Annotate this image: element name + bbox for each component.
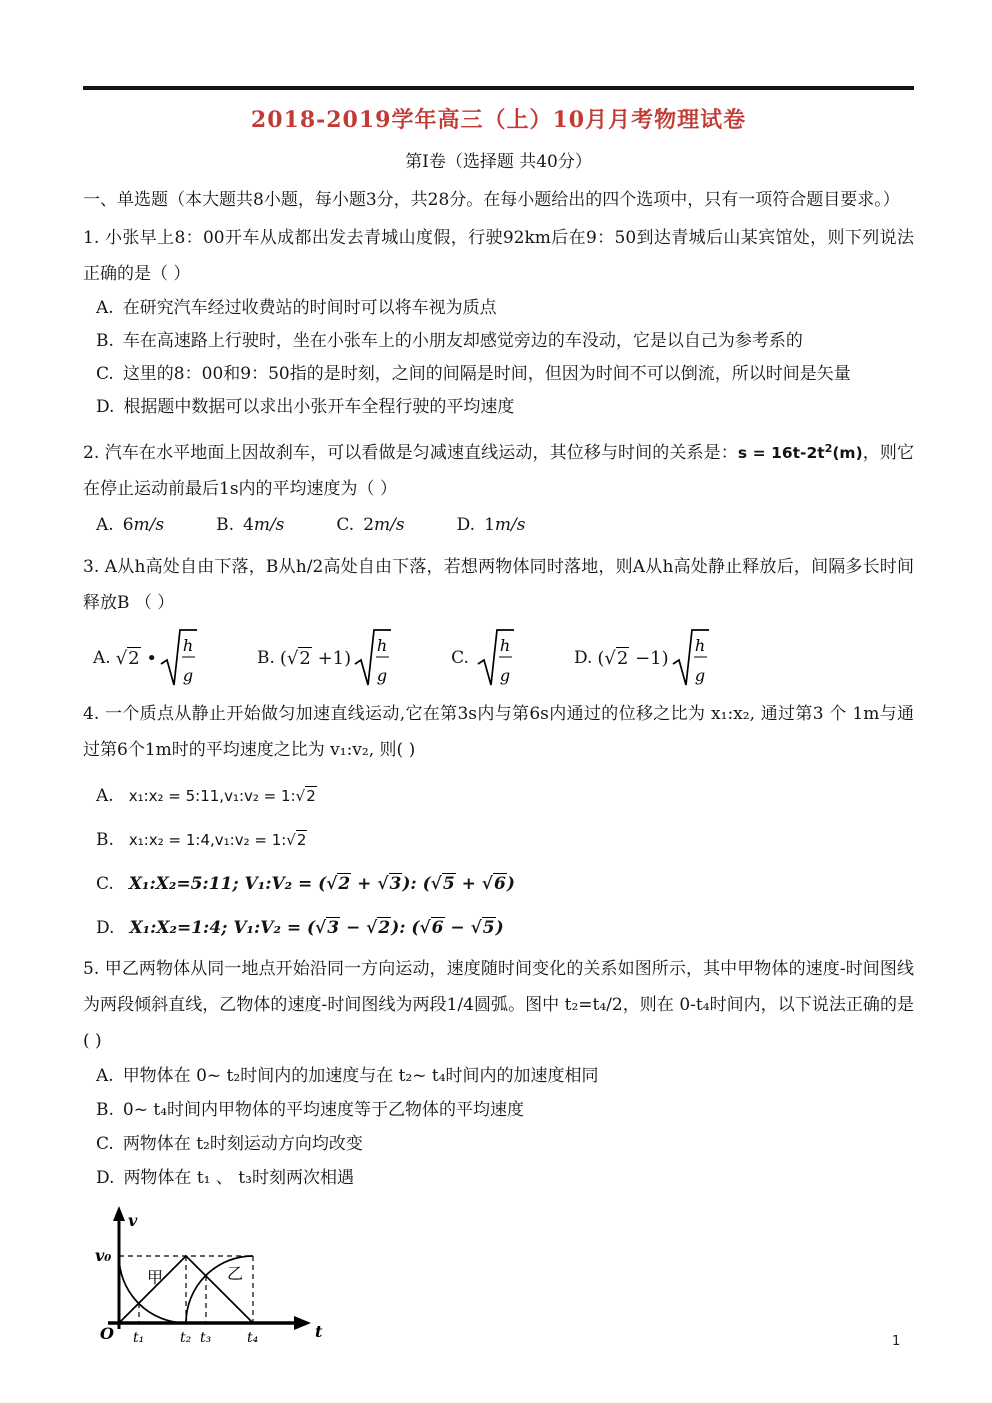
question-2-option-b: B.4m/s [216, 509, 284, 542]
question-4-option-d: D. X₁:X₂=1:4; V₁:V₂ = (3 − 2): (6 − 5) [96, 912, 914, 944]
graph-t3-tick: t₃ [200, 1330, 212, 1346]
svg-text:h: h [500, 636, 510, 655]
radical-h-over-g: hg [353, 627, 393, 689]
question-3-option-d: D. (2 −1) hg [574, 627, 711, 689]
question-5-figure: v v₀ O t₁ t₂ t₃ t₄ t 甲 乙 [91, 1205, 914, 1361]
sqrt-2: 2 [286, 830, 307, 849]
sqrt-2: 2 [287, 647, 312, 669]
graph-t4-tick: t₄ [247, 1330, 259, 1346]
exam-page: 2018-2019学年高三（上）10月月考物理试卷 第I卷（选择题 共40分） … [0, 0, 992, 1403]
question-3-option-c: C. hg [451, 627, 516, 689]
question-5-option-d: D.两物体在 t₁ 、 t₃时刻两次相遇 [96, 1161, 914, 1195]
question-5-option-b: B.0~ t₄时间内甲物体的平均速度等于乙物体的平均速度 [96, 1093, 914, 1127]
velocity-time-graph: v v₀ O t₁ t₂ t₃ t₄ t 甲 乙 [91, 1205, 331, 1357]
graph-yi-series-label: 乙 [227, 1264, 243, 1283]
question-1-option-a: A.在研究汽车经过收费站的时间时可以将车视为质点 [96, 292, 914, 325]
graph-t-label: t [315, 1322, 323, 1341]
option-text: 车在高速路上行驶时，坐在小张车上的小朋友却感觉旁边的车没动，它是以自己为参考系的 [123, 331, 803, 351]
svg-text:g: g [500, 666, 510, 685]
option-text: 这里的8：00和9：50指的是时刻，之间的间隔是时间，但因为时间不可以倒流，所以… [123, 364, 851, 384]
page-number: 1 [892, 1334, 900, 1349]
graph-v-label: v [128, 1211, 138, 1230]
radical-h-over-g: hg [159, 627, 199, 689]
graph-origin-label: O [100, 1324, 114, 1343]
x-axis-arrow [294, 1316, 311, 1330]
sqrt-2: 2 [116, 647, 141, 669]
question-1-options: A.在研究汽车经过收费站的时间时可以将车视为质点 B.车在高速路上行驶时，坐在小… [83, 292, 914, 424]
exam-title: 2018-2019学年高三（上）10月月考物理试卷 [83, 103, 914, 134]
question-1-text: 1. 小张早上8：00开车从成都出发去青城山度假，行驶92km后在9：50到达青… [83, 220, 914, 292]
question-3-text: 3. A从h高处自由下落，B从h/2高处自由下落，若想两物体同时落地，则A从h高… [83, 549, 914, 621]
question-2-text: 2. 汽车在水平地面上因故刹车，可以看做是匀减速直线运动，其位移与时间的关系是：… [83, 431, 914, 507]
question-5-option-a: A.甲物体在 0~ t₂时间内的加速度与在 t₂~ t₄时间内的加速度相同 [96, 1059, 914, 1093]
question-1-option-c: C.这里的8：00和9：50指的是时刻，之间的间隔是时间，但因为时间不可以倒流，… [96, 358, 914, 391]
question-2-option-a: A.6m/s [96, 509, 164, 542]
question-3-options: A. 2 • hg B. (2 +1) hg C. hg D. (2 −1) h… [93, 627, 914, 689]
svg-text:h: h [694, 636, 704, 655]
graph-t1-tick: t₁ [133, 1330, 144, 1346]
radical-h-over-g: hg [671, 627, 711, 689]
question-4-option-a: A. x₁:x₂ = 5:11,v₁:v₂ = 1:2 [96, 780, 914, 812]
question-2-option-c: C.2m/s [336, 509, 404, 542]
header-rule [83, 86, 914, 90]
question-2-option-d: D.1m/s [457, 509, 526, 542]
question-1-option-b: B.车在高速路上行驶时，坐在小张车上的小朋友却感觉旁边的车没动，它是以自己为参考… [96, 325, 914, 358]
section-instructions: 一、单选题（本大题共8小题，每小题3分，共28分。在每小题给出的四个选项中，只有… [83, 187, 914, 213]
question-5-option-c: C.两物体在 t₂时刻运动方向均改变 [96, 1127, 914, 1161]
displacement-time-formula: s = 16t-2t2(m) [738, 444, 863, 462]
question-1-option-d: D.根据题中数据可以求出小张开车全程行驶的平均速度 [96, 391, 914, 424]
svg-text:g: g [377, 666, 387, 685]
part-heading: 第I卷（选择题 共40分） [83, 147, 914, 172]
question-3-option-b: B. (2 +1) hg [257, 627, 393, 689]
svg-text:h: h [183, 636, 193, 655]
graph-v0-label: v₀ [95, 1246, 111, 1265]
question-4-options: A. x₁:x₂ = 5:11,v₁:v₂ = 1:2 B. x₁:x₂ = 1… [83, 780, 914, 944]
question-4-option-b: B. x₁:x₂ = 1:4,v₁:v₂ = 1:2 [96, 824, 914, 856]
option-text: 根据题中数据可以求出小张开车全程行驶的平均速度 [123, 397, 514, 417]
option-label: C. [96, 364, 114, 384]
question-2-text-before: 2. 汽车在水平地面上因故刹车，可以看做是匀减速直线运动，其位移与时间的关系是： [83, 443, 738, 463]
question-4-text: 4. 一个质点从静止开始做匀加速直线运动,它在第3s内与第6s内通过的位移之比为… [83, 696, 914, 768]
question-5-options: A.甲物体在 0~ t₂时间内的加速度与在 t₂~ t₄时间内的加速度相同 B.… [83, 1059, 914, 1195]
svg-text:g: g [695, 666, 705, 685]
svg-text:g: g [183, 666, 193, 685]
question-3-option-a: A. 2 • hg [93, 627, 199, 689]
option-label: D. [96, 397, 114, 417]
sqrt-2: 2 [296, 786, 317, 805]
option-label: A. [96, 298, 114, 318]
svg-text:h: h [377, 636, 387, 655]
y-axis-arrow [113, 1206, 125, 1221]
option-text: 在研究汽车经过收费站的时间时可以将车视为质点 [123, 298, 497, 318]
graph-t2-tick: t₂ [180, 1330, 192, 1346]
option-label: B. [96, 331, 114, 351]
sqrt-2: 2 [604, 647, 629, 669]
graph-jia-series-label: 甲 [147, 1268, 163, 1287]
question-4-option-c: C. X₁:X₂=5:11; V₁:V₂ = (2 + 3): (5 + 6) [96, 868, 914, 900]
question-2-options: A.6m/s B.4m/s C.2m/s D.1m/s [96, 509, 914, 542]
question-5-text: 5. 甲乙两物体从同一地点开始沿同一方向运动，速度随时间变化的关系如图所示，其中… [83, 951, 914, 1059]
radical-h-over-g: hg [476, 627, 516, 689]
